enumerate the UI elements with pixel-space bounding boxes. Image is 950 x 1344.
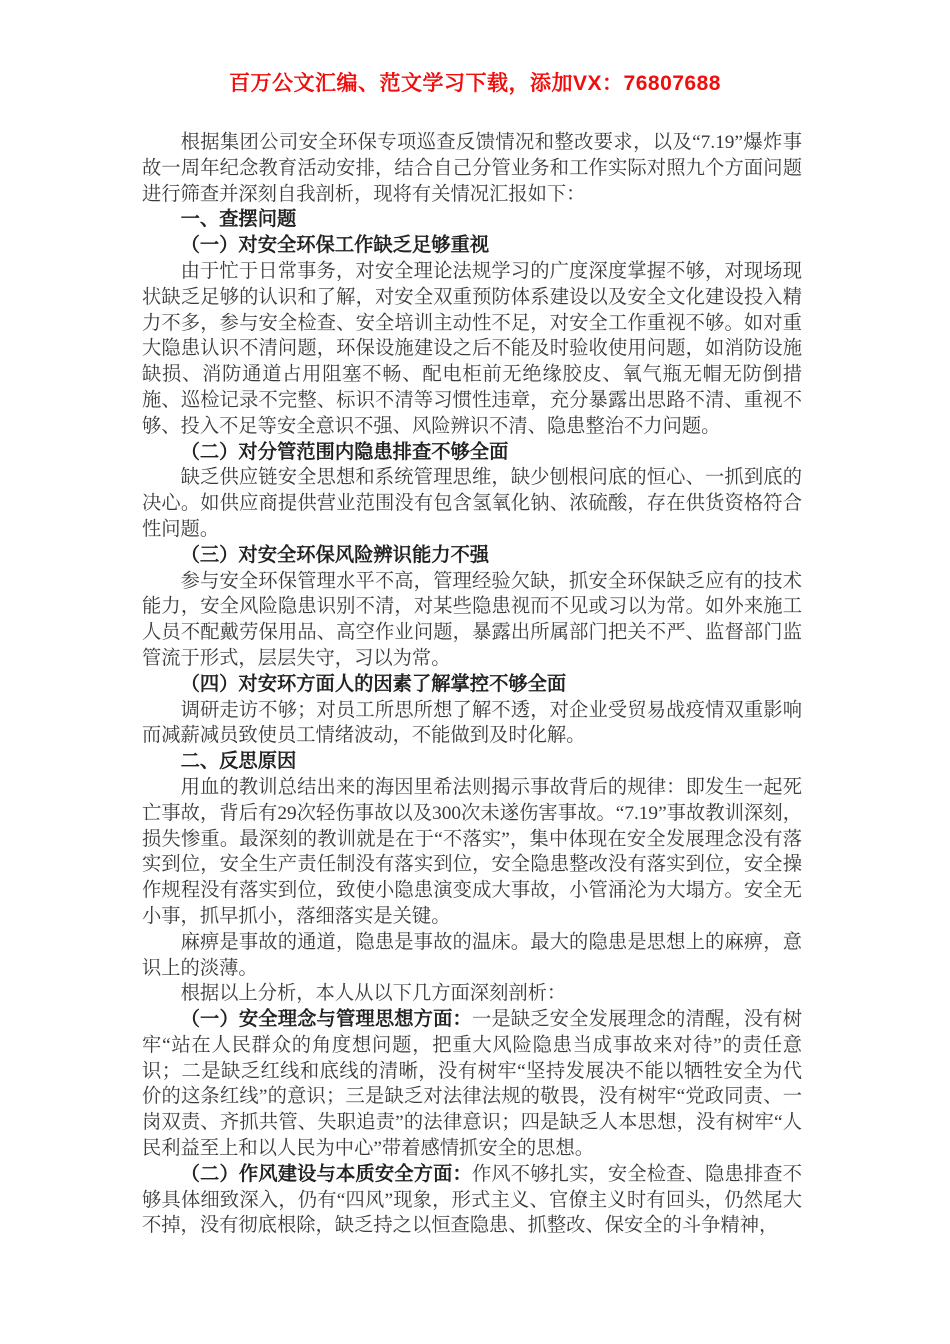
text-run: 根据以上分析，本人从以下几方面深刻剖析： bbox=[181, 983, 567, 1004]
paragraph: 参与安全环保管理水平不高，管理经验欠缺，抓安全环保缺乏应有的技术能力，安全风险隐… bbox=[142, 569, 802, 672]
text-run: 参与安全环保管理水平不高，管理经验欠缺，抓安全环保缺乏应有的技术能力，安全风险隐… bbox=[142, 571, 802, 669]
bold-run: （三）对安全环保风险辨识能力不强 bbox=[181, 545, 490, 566]
paragraph: （二）作风建设与本质安全方面：作风不够扎实，安全检查、隐患排查不够具体细致深入，… bbox=[142, 1162, 802, 1239]
section-heading: 二、反思原因 bbox=[142, 749, 802, 775]
promo-banner: 百万公文汇编、范文学习下载，添加VX：76807688 bbox=[0, 0, 950, 96]
section-heading: （二）对分管范围内隐患排查不够全面 bbox=[142, 440, 802, 466]
bold-run: （二）对分管范围内隐患排查不够全面 bbox=[181, 442, 509, 463]
paragraph: 缺乏供应链安全思想和系统管理思维，缺少刨根问底的恒心、一抓到底的决心。如供应商提… bbox=[142, 465, 802, 542]
text-run: 用血的教训总结出来的海因里希法则揭示事故背后的规律：即发生一起死亡事故，背后有2… bbox=[142, 777, 802, 927]
text-run: 由于忙于日常事务，对安全理论法规学习的广度深度掌握不够，对现场现状缺乏足够的认识… bbox=[142, 261, 802, 437]
section-heading: （四）对安环方面人的因素了解掌控不够全面 bbox=[142, 672, 802, 698]
paragraph: 用血的教训总结出来的海因里希法则揭示事故背后的规律：即发生一起死亡事故，背后有2… bbox=[142, 775, 802, 930]
bold-run: （二）作风建设与本质安全方面： bbox=[181, 1164, 472, 1185]
paragraph: 调研走访不够；对员工所思所想了解不透，对企业受贸易战疫情双重影响而减薪减员致使员… bbox=[142, 698, 802, 750]
paragraph: （一）安全理念与管理思想方面：一是缺乏安全发展理念的清醒，没有树牢“站在人民群众… bbox=[142, 1007, 802, 1162]
bold-run: （一）对安全环保工作缺乏足够重视 bbox=[181, 235, 490, 256]
text-run: 调研走访不够；对员工所思所想了解不透，对企业受贸易战疫情双重影响而减薪减员致使员… bbox=[142, 700, 802, 747]
bold-run: 一、查摆问题 bbox=[181, 209, 297, 230]
text-run: 根据集团公司安全环保专项巡查反馈情况和整改要求，以及“7.19”爆炸事故一周年纪… bbox=[142, 132, 802, 205]
section-heading: （一）对安全环保工作缺乏足够重视 bbox=[142, 233, 802, 259]
section-heading: （三）对安全环保风险辨识能力不强 bbox=[142, 543, 802, 569]
bold-run: 二、反思原因 bbox=[181, 751, 297, 772]
bold-run: （四）对安环方面人的因素了解掌控不够全面 bbox=[181, 674, 567, 695]
text-run: 缺乏供应链安全思想和系统管理思维，缺少刨根问底的恒心、一抓到底的决心。如供应商提… bbox=[142, 467, 802, 540]
document-page: { "page": { "width": 950, "height": 1344… bbox=[0, 0, 950, 1344]
text-run: 一是缺乏安全发展理念的清醒，没有树牢“站在人民群众的角度想问题，把重大风险隐患当… bbox=[142, 1009, 802, 1159]
paragraph: 根据以上分析，本人从以下几方面深刻剖析： bbox=[142, 981, 802, 1007]
section-heading: 一、查摆问题 bbox=[142, 207, 802, 233]
text-run: 麻痹是事故的通道，隐患是事故的温床。最大的隐患是思想上的麻痹，意识上的淡薄。 bbox=[142, 932, 802, 979]
paragraph: 根据集团公司安全环保专项巡查反馈情况和整改要求，以及“7.19”爆炸事故一周年纪… bbox=[142, 130, 802, 207]
document-body: 根据集团公司安全环保专项巡查反馈情况和整改要求，以及“7.19”爆炸事故一周年纪… bbox=[142, 130, 802, 1239]
paragraph: 麻痹是事故的通道，隐患是事故的温床。最大的隐患是思想上的麻痹，意识上的淡薄。 bbox=[142, 930, 802, 982]
paragraph: 由于忙于日常事务，对安全理论法规学习的广度深度掌握不够，对现场现状缺乏足够的认识… bbox=[142, 259, 802, 440]
bold-run: （一）安全理念与管理思想方面： bbox=[181, 1009, 472, 1030]
